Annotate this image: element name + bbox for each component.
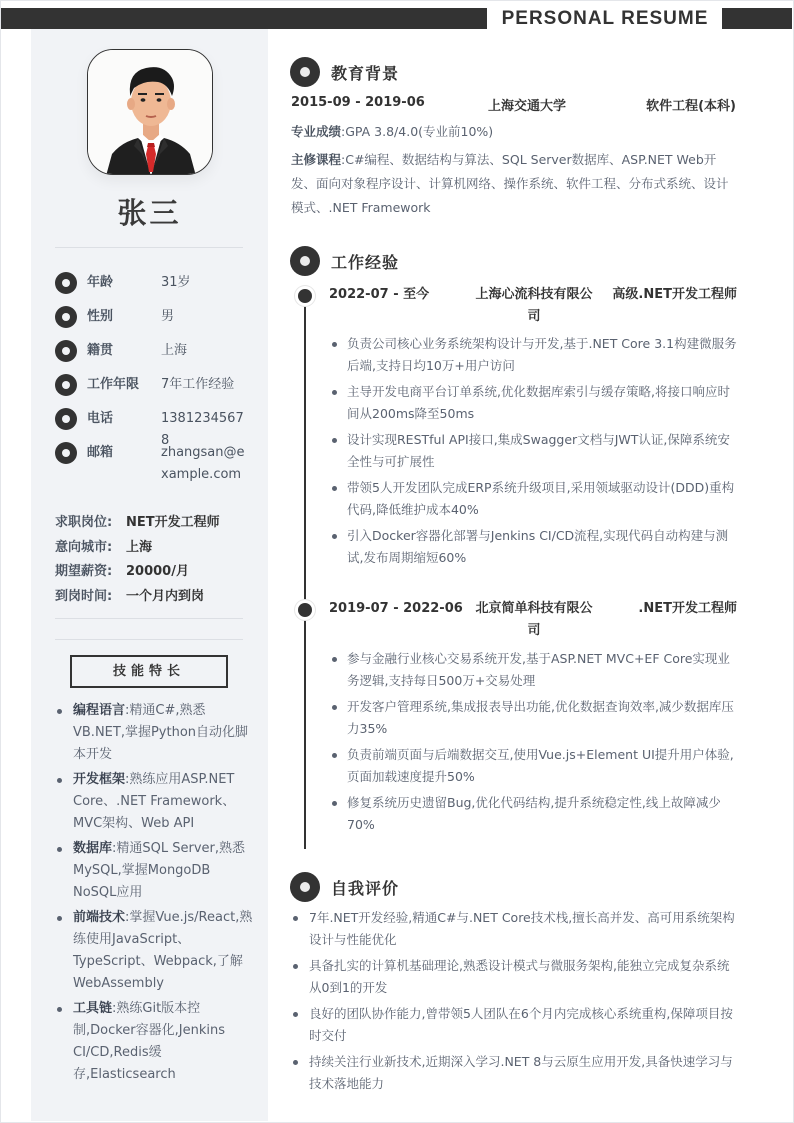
job-intent-list: 求职岗位: NET开发工程师 意向城市: 上海 期望薪资: 20000/月 到岗… — [55, 511, 255, 609]
skill-key: 开发框架 — [73, 772, 125, 787]
evaluation-item: 7年.NET开发经验,精通C#与.NET Core技术栈,擅长高并发、高可用系统… — [290, 907, 738, 951]
job-intent-position: 求职岗位: NET开发工程师 — [55, 511, 255, 536]
skill-key: 编程语言 — [73, 703, 125, 718]
duty-item: 参与金融行业核心交易系统开发,基于ASP.NET MVC+EF Core实现业务… — [329, 648, 737, 692]
header-bar-right — [722, 8, 792, 29]
header-bar-left — [1, 8, 487, 29]
job-intent-value: 上海 — [126, 536, 152, 561]
duty-item: 设计实现RESTful API接口,集成Swagger文档与JWT认证,保障系统… — [329, 429, 737, 473]
skill-item: 前端技术:掌握Vue.js/React,熟练使用JavaScript、TypeS… — [55, 907, 255, 995]
personal-info-list: 年龄 31岁 性别 男 籍贯 上海 工作年限 7年工作经验 电话 1381234… — [55, 272, 255, 492]
candidate-name: 张三 — [31, 191, 268, 232]
ring-bullet-icon — [55, 340, 77, 362]
job-intent-start: 到岗时间: 一个月内到岗 — [55, 585, 255, 610]
info-label: 性别 — [87, 306, 161, 328]
duty-item: 负责前端页面与后端数据交互,使用Vue.js+Element UI提升用户体验,… — [329, 744, 737, 788]
section-ring-icon — [290, 246, 320, 276]
section-self-evaluation-header: 自我评价 — [290, 872, 399, 902]
ring-bullet-icon — [55, 442, 77, 464]
skill-key: 工具链 — [73, 1001, 112, 1016]
job-intent-label: 期望薪资: — [55, 560, 126, 585]
job-duties: 负责公司核心业务系统架构设计与开发,基于.NET Core 3.1构建微服务后端… — [329, 333, 737, 573]
timeline-dot-icon — [298, 603, 312, 617]
info-row-age: 年龄 31岁 — [55, 272, 255, 306]
job-position: .NET开发工程师 — [593, 598, 737, 642]
main-content: 教育背景 2015-09 - 2019-06 上海交通大学 软件工程(本科) 专… — [268, 29, 766, 1121]
info-value: 上海 — [161, 340, 247, 362]
job-date: 2019-07 - 2022-06 — [329, 598, 475, 642]
job-company: 上海心流科技有限公司 — [475, 284, 593, 328]
info-row-phone: 电话 13812345678 — [55, 408, 255, 442]
job-intent-label: 到岗时间: — [55, 585, 126, 610]
page-title: PERSONAL RESUME — [493, 7, 717, 31]
section-title: 自我评价 — [331, 876, 399, 899]
ring-bullet-icon — [55, 374, 77, 396]
info-row-experience-years: 工作年限 7年工作经验 — [55, 374, 255, 408]
info-row-email: 邮箱 zhangsan@example.com — [55, 442, 255, 492]
section-title: 教育背景 — [331, 61, 399, 84]
job-intent-label: 求职岗位: — [55, 511, 126, 536]
job-intent-city: 意向城市: 上海 — [55, 536, 255, 561]
section-experience-header: 工作经验 — [290, 246, 399, 276]
divider — [55, 618, 243, 619]
skill-item: 数据库:精通SQL Server,熟悉MySQL,掌握MongoDB NoSQL… — [55, 838, 255, 904]
avatar-portrait-icon — [88, 50, 213, 175]
timeline-line — [304, 293, 306, 849]
gpa-value: :GPA 3.8/4.0(专业前10%) — [341, 124, 493, 139]
section-title: 工作经验 — [331, 250, 399, 273]
skills-heading: 技能特长 — [70, 655, 228, 688]
duty-item: 修复系统历史遗留Bug,优化代码结构,提升系统稳定性,线上故障减少70% — [329, 792, 737, 836]
email-link[interactable]: zhangsan@example.com — [161, 442, 247, 486]
job-duties: 参与金融行业核心交易系统开发,基于ASP.NET MVC+EF Core实现业务… — [329, 648, 737, 840]
job-date: 2022-07 - 至今 — [329, 284, 475, 328]
education-row: 2015-09 - 2019-06 上海交通大学 软件工程(本科) — [291, 95, 736, 114]
sidebar: 张三 年龄 31岁 性别 男 籍贯 上海 工作年限 7年工作经验 电话 1381… — [31, 29, 268, 1121]
education-courses: 主修课程:C#编程、数据结构与算法、SQL Server数据库、ASP.NET … — [291, 148, 736, 220]
evaluation-item: 具备扎实的计算机基础理论,熟悉设计模式与微服务架构,能独立完成复杂系统从0到1的… — [290, 955, 738, 999]
education-date: 2015-09 - 2019-06 — [291, 95, 488, 114]
job-header: 2019-07 - 2022-06 北京简单科技有限公司 .NET开发工程师 — [329, 598, 737, 642]
skills-list: 编程语言:精通C#,熟悉VB.NET,掌握Python自动化脚本开发 开发框架:… — [55, 700, 255, 1089]
info-value: 男 — [161, 306, 247, 328]
info-label: 邮箱 — [87, 442, 161, 464]
duty-item: 主导开发电商平台订单系统,优化数据库索引与缓存策略,将接口响应时间从200ms降… — [329, 381, 737, 425]
ring-bullet-icon — [55, 272, 77, 294]
duty-item: 引入Docker容器化部署与Jenkins CI/CD流程,实现代码自动构建与测… — [329, 525, 737, 569]
education-major: 软件工程(本科) — [622, 95, 736, 114]
divider — [55, 247, 243, 248]
skill-key: 数据库 — [73, 841, 112, 856]
job-intent-salary: 期望薪资: 20000/月 — [55, 560, 255, 585]
courses-value: :C#编程、数据结构与算法、SQL Server数据库、ASP.NET Web开… — [291, 152, 729, 215]
info-row-gender: 性别 男 — [55, 306, 255, 340]
divider — [55, 639, 243, 640]
job-company: 北京简单科技有限公司 — [475, 598, 593, 642]
header-band: PERSONAL RESUME — [0, 8, 794, 29]
section-education-header: 教育背景 — [290, 57, 399, 87]
info-row-hometown: 籍贯 上海 — [55, 340, 255, 374]
self-evaluation-list: 7年.NET开发经验,精通C#与.NET Core技术栈,擅长高并发、高可用系统… — [290, 907, 738, 1099]
timeline-dot-icon — [298, 289, 312, 303]
skill-item: 开发框架:熟练应用ASP.NET Core、.NET Framework、MVC… — [55, 769, 255, 835]
section-ring-icon — [290, 57, 320, 87]
info-label: 年龄 — [87, 272, 161, 294]
job-intent-value: 一个月内到岗 — [126, 585, 204, 610]
skill-item: 工具链:熟练Git版本控制,Docker容器化,Jenkins CI/CD,Re… — [55, 998, 255, 1086]
skill-item: 编程语言:精通C#,熟悉VB.NET,掌握Python自动化脚本开发 — [55, 700, 255, 766]
info-label: 籍贯 — [87, 340, 161, 362]
courses-label: 主修课程 — [291, 152, 341, 167]
section-ring-icon — [290, 872, 320, 902]
ring-bullet-icon — [55, 408, 77, 430]
info-label: 电话 — [87, 408, 161, 430]
job-position: 高级.NET开发工程师 — [593, 284, 737, 328]
job-intent-label: 意向城市: — [55, 536, 126, 561]
info-label: 工作年限 — [87, 374, 161, 396]
duty-item: 带领5人开发团队完成ERP系统升级项目,采用领域驱动设计(DDD)重构代码,降低… — [329, 477, 737, 521]
duty-item: 开发客户管理系统,集成报表导出功能,优化数据查询效率,减少数据库压力35% — [329, 696, 737, 740]
ring-bullet-icon — [55, 306, 77, 328]
education-school: 上海交通大学 — [488, 95, 622, 114]
job-intent-value: NET开发工程师 — [126, 511, 220, 536]
info-value: 7年工作经验 — [161, 374, 247, 396]
job-header: 2022-07 - 至今 上海心流科技有限公司 高级.NET开发工程师 — [329, 284, 737, 328]
education-gpa: 专业成绩:GPA 3.8/4.0(专业前10%) — [291, 120, 736, 144]
evaluation-item: 良好的团队协作能力,曾带领5人团队在6个月内完成核心系统重构,保障项目按时交付 — [290, 1003, 738, 1047]
evaluation-item: 持续关注行业新技术,近期深入学习.NET 8与云原生应用开发,具备快速学习与技术… — [290, 1051, 738, 1095]
duty-item: 负责公司核心业务系统架构设计与开发,基于.NET Core 3.1构建微服务后端… — [329, 333, 737, 377]
job-intent-value: 20000/月 — [126, 560, 189, 585]
skill-key: 前端技术 — [73, 910, 125, 925]
info-value: 31岁 — [161, 272, 247, 294]
avatar — [87, 49, 213, 175]
gpa-label: 专业成绩 — [291, 124, 341, 139]
